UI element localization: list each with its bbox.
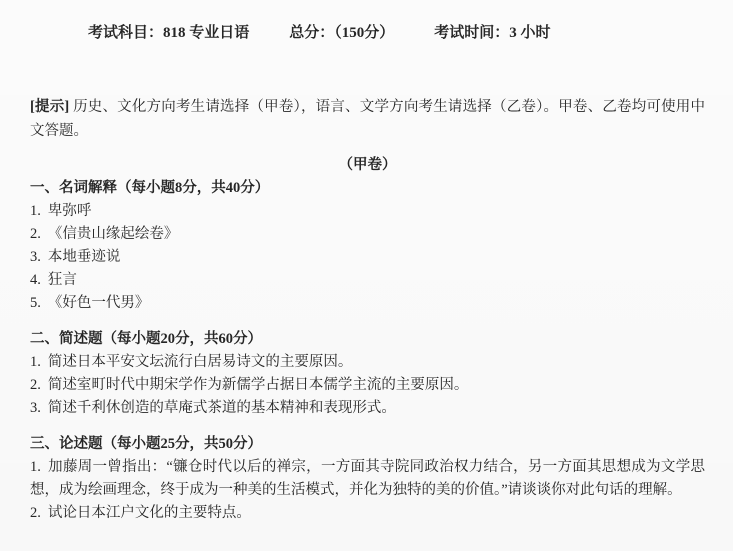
- question-item: 2.试论日本江户文化的主要特点。: [30, 502, 705, 525]
- question-number: 1.: [30, 354, 41, 370]
- notice-label: [提示]: [30, 99, 69, 115]
- question-number: 2.: [30, 377, 41, 393]
- question-item: 3.简述千利休创造的草庵式茶道的基本精神和表现形式。: [30, 397, 705, 420]
- section-term-definitions: 一、名词解释（每小题8分，共40分） 1.卑弥呼 2.《信贵山缘起绘卷》 3.本…: [30, 177, 705, 315]
- section-heading: 一、名词解释（每小题8分，共40分）: [30, 177, 705, 200]
- question-text: 加藤周一曾指出：“镰仓时代以后的禅宗，一方面其寺院同政治权力结合，另一方面其思想…: [30, 459, 705, 498]
- section-heading: 三、论述题（每小题25分，共50分）: [30, 433, 705, 456]
- question-item: 2.简述室町时代中期宋学作为新儒学占据日本儒学主流的主要原因。: [30, 374, 705, 397]
- exam-paper-page: 考试科目：818 专业日语 总分：（150分） 考试时间：3 小时 [提示] 历…: [0, 0, 733, 551]
- question-number: 5.: [30, 295, 41, 311]
- exam-header: 考试科目：818 专业日语 总分：（150分） 考试时间：3 小时: [88, 21, 705, 42]
- question-text: 《好色一代男》: [48, 295, 150, 311]
- question-item: 1.简述日本平安文坛流行白居易诗文的主要原因。: [30, 351, 705, 374]
- question-number: 2.: [30, 226, 41, 242]
- question-number: 1.: [30, 203, 41, 219]
- question-number: 3.: [30, 249, 41, 265]
- question-item: 2.《信贵山缘起绘卷》: [30, 223, 705, 246]
- question-item: 1.卑弥呼: [30, 200, 705, 223]
- volume-label: （甲卷）: [30, 154, 705, 177]
- section-essays: 三、论述题（每小题25分，共50分） 1.加藤周一曾指出：“镰仓时代以后的禅宗，…: [30, 433, 705, 525]
- question-item: 5.《好色一代男》: [30, 292, 705, 315]
- question-text: 狂言: [48, 272, 77, 288]
- question-number: 1.: [30, 459, 41, 475]
- question-text: 简述千利休创造的草庵式茶道的基本精神和表现形式。: [48, 400, 396, 416]
- question-text: 本地垂迹说: [48, 249, 121, 265]
- question-number: 4.: [30, 272, 41, 288]
- exam-total-score: 总分：（150分）: [289, 21, 394, 42]
- question-number: 2.: [30, 505, 41, 521]
- question-text: 《信贵山缘起绘卷》: [48, 226, 179, 242]
- question-item: 3.本地垂迹说: [30, 246, 705, 269]
- section-short-answers: 二、简述题（每小题20分，共60分） 1.简述日本平安文坛流行白居易诗文的主要原…: [30, 328, 705, 420]
- exam-subject: 考试科目：818 专业日语: [88, 21, 249, 42]
- notice: [提示] 历史、文化方向考生请选择（甲卷），语言、文学方向考生请选择（乙卷）。甲…: [30, 95, 705, 143]
- question-item: 1.加藤周一曾指出：“镰仓时代以后的禅宗，一方面其寺院同政治权力结合，另一方面其…: [30, 456, 705, 502]
- question-number: 3.: [30, 400, 41, 416]
- question-text: 简述室町时代中期宋学作为新儒学占据日本儒学主流的主要原因。: [48, 377, 469, 393]
- question-text: 试论日本江户文化的主要特点。: [48, 505, 251, 521]
- notice-text: 历史、文化方向考生请选择（甲卷），语言、文学方向考生请选择（乙卷）。甲卷、乙卷均…: [30, 99, 705, 139]
- exam-duration: 考试时间：3 小时: [434, 21, 550, 42]
- question-text: 简述日本平安文坛流行白居易诗文的主要原因。: [48, 354, 353, 370]
- question-item: 4.狂言: [30, 269, 705, 292]
- section-heading: 二、简述题（每小题20分，共60分）: [30, 328, 705, 351]
- question-text: 卑弥呼: [48, 203, 92, 219]
